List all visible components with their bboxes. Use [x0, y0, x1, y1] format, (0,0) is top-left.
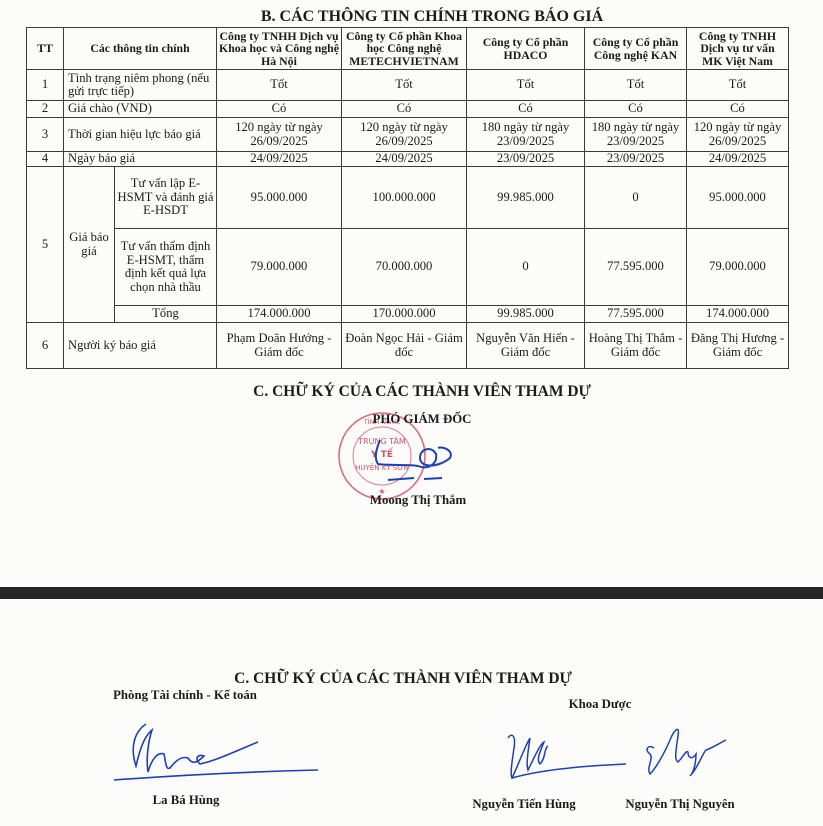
table-row: 3 Thời gian hiệu lực báo giá 120 ngày từ…: [27, 118, 789, 152]
page-separator: [0, 587, 823, 599]
cell: 0: [467, 229, 585, 306]
cell: 99.985.000: [467, 306, 585, 323]
row-label: Giá chào (VND): [64, 101, 217, 118]
cell: 77.595.000: [585, 229, 687, 306]
cell: 79.000.000: [217, 229, 342, 306]
row-label: Ngày báo giá: [64, 152, 217, 167]
cell: 0: [585, 167, 687, 229]
row-label: Giá báo giá: [64, 167, 115, 323]
header-company: Công ty TNHH Dịch vụ tư vấn MK Việt Nam: [687, 28, 789, 70]
deputy-name: Moong Thị Thắm: [370, 493, 466, 508]
price-subrow-preparation: 5 Giá báo giá Tư vấn lập E-HSMT và đánh …: [27, 167, 789, 229]
cell: 174.000.000: [687, 306, 789, 323]
lower-document-page: [0, 599, 823, 826]
sub-row-label: Tư vấn lập E-HSMT và đánh giá E-HSDT: [115, 167, 217, 229]
deputy-signature-icon: [358, 428, 468, 488]
quote-comparison-table: TT Các thông tin chính Công ty TNHH Dịch…: [26, 27, 789, 369]
row-number: 6: [27, 323, 64, 369]
cell: 95.000.000: [217, 167, 342, 229]
cell: Có: [342, 101, 467, 118]
sub-row-label: Tổng: [115, 306, 217, 323]
header-company: Công ty TNHH Dịch vụ Khoa học và Công ng…: [217, 28, 342, 70]
deputy-director-role: PHÓ GIÁM ĐỐC: [373, 412, 472, 427]
row-label: Thời gian hiệu lực báo giá: [64, 118, 217, 152]
cell: 174.000.000: [217, 306, 342, 323]
cell: Có: [467, 101, 585, 118]
cell: 23/09/2025: [585, 152, 687, 167]
finance-department: Phòng Tài chính - Kế toán: [113, 688, 257, 703]
cell: Phạm Doãn Hướng - Giám đốc: [217, 323, 342, 369]
row-number: 1: [27, 70, 64, 101]
cell: Hoàng Thị Thắm - Giám đốc: [585, 323, 687, 369]
price-subrow-total: Tổng 174.000.000 170.000.000 99.985.000 …: [27, 306, 789, 323]
header-company: Công ty Cổ phần Khoa học Công nghệ METEC…: [342, 28, 467, 70]
cell: Nguyễn Văn Hiến - Giám đốc: [467, 323, 585, 369]
table-row: 4 Ngày báo giá 24/09/2025 24/09/2025 23/…: [27, 152, 789, 167]
header-tt: TT: [27, 28, 64, 70]
cell: Có: [217, 101, 342, 118]
cell: 120 ngày từ ngày 26/09/2025: [342, 118, 467, 152]
cell: 23/09/2025: [467, 152, 585, 167]
cell: 24/09/2025: [687, 152, 789, 167]
header-company: Công ty Cổ phần HDACO: [467, 28, 585, 70]
cell: Tốt: [342, 70, 467, 101]
cell: 180 ngày từ ngày 23/09/2025: [467, 118, 585, 152]
cell: 79.000.000: [687, 229, 789, 306]
cell: 120 ngày từ ngày 26/09/2025: [687, 118, 789, 152]
finance-signer-name: La Bá Hùng: [153, 793, 220, 808]
cell: Tốt: [217, 70, 342, 101]
pharmacy-signer-2-name: Nguyễn Thị Nguyên: [625, 797, 734, 812]
cell: 24/09/2025: [217, 152, 342, 167]
cell: 180 ngày từ ngày 23/09/2025: [585, 118, 687, 152]
header-info: Các thông tin chính: [64, 28, 217, 70]
cell: 24/09/2025: [342, 152, 467, 167]
cell: 100.000.000: [342, 167, 467, 229]
cell: Có: [585, 101, 687, 118]
row-number: 3: [27, 118, 64, 152]
table-row: 6 Người ký báo giá Phạm Doãn Hướng - Giá…: [27, 323, 789, 369]
table-header-row: TT Các thông tin chính Công ty TNHH Dịch…: [27, 28, 789, 70]
cell: 95.000.000: [687, 167, 789, 229]
pharmacy-signer-1-name: Nguyễn Tiến Hùng: [472, 797, 575, 812]
pharmacy-signature-2-icon: [640, 718, 740, 783]
price-subrow-appraisal: Tư vấn thẩm định E-HSMT, thẩm định kết q…: [27, 229, 789, 306]
cell: 170.000.000: [342, 306, 467, 323]
table-row: 2 Giá chào (VND) Có Có Có Có Có: [27, 101, 789, 118]
table-row: 1 Tình trạng niêm phong (nếu gửi trực ti…: [27, 70, 789, 101]
header-company: Công ty Cổ phần Công nghệ KAN: [585, 28, 687, 70]
cell: Tốt: [467, 70, 585, 101]
sub-row-label: Tư vấn thẩm định E-HSMT, thẩm định kết q…: [115, 229, 217, 306]
section-b-title: B. CÁC THÔNG TIN CHÍNH TRONG BÁO GIÁ: [261, 8, 603, 26]
finance-signature-icon: [108, 718, 328, 788]
row-label: Tình trạng niêm phong (nếu gửi trực tiếp…: [64, 70, 217, 101]
cell: Đoàn Ngọc Hải - Giám đốc: [342, 323, 467, 369]
pharmacy-signature-1-icon: [500, 718, 630, 788]
cell: Có: [687, 101, 789, 118]
row-number: 4: [27, 152, 64, 167]
pharmacy-department: Khoa Dược: [569, 697, 632, 712]
section-c-title: C. CHỮ KÝ CỦA CÁC THÀNH VIÊN THAM DỰ: [253, 383, 591, 401]
row-number: 5: [27, 167, 64, 323]
cell: 70.000.000: [342, 229, 467, 306]
cell: 99.985.000: [467, 167, 585, 229]
section-c-title-lower: C. CHỮ KÝ CỦA CÁC THÀNH VIÊN THAM DỰ: [234, 670, 572, 688]
row-label: Người ký báo giá: [64, 323, 217, 369]
cell: Tốt: [687, 70, 789, 101]
cell: Tốt: [585, 70, 687, 101]
cell: Đăng Thị Hương - Giám đốc: [687, 323, 789, 369]
cell: 120 ngày từ ngày 26/09/2025: [217, 118, 342, 152]
cell: 77.595.000: [585, 306, 687, 323]
row-number: 2: [27, 101, 64, 118]
